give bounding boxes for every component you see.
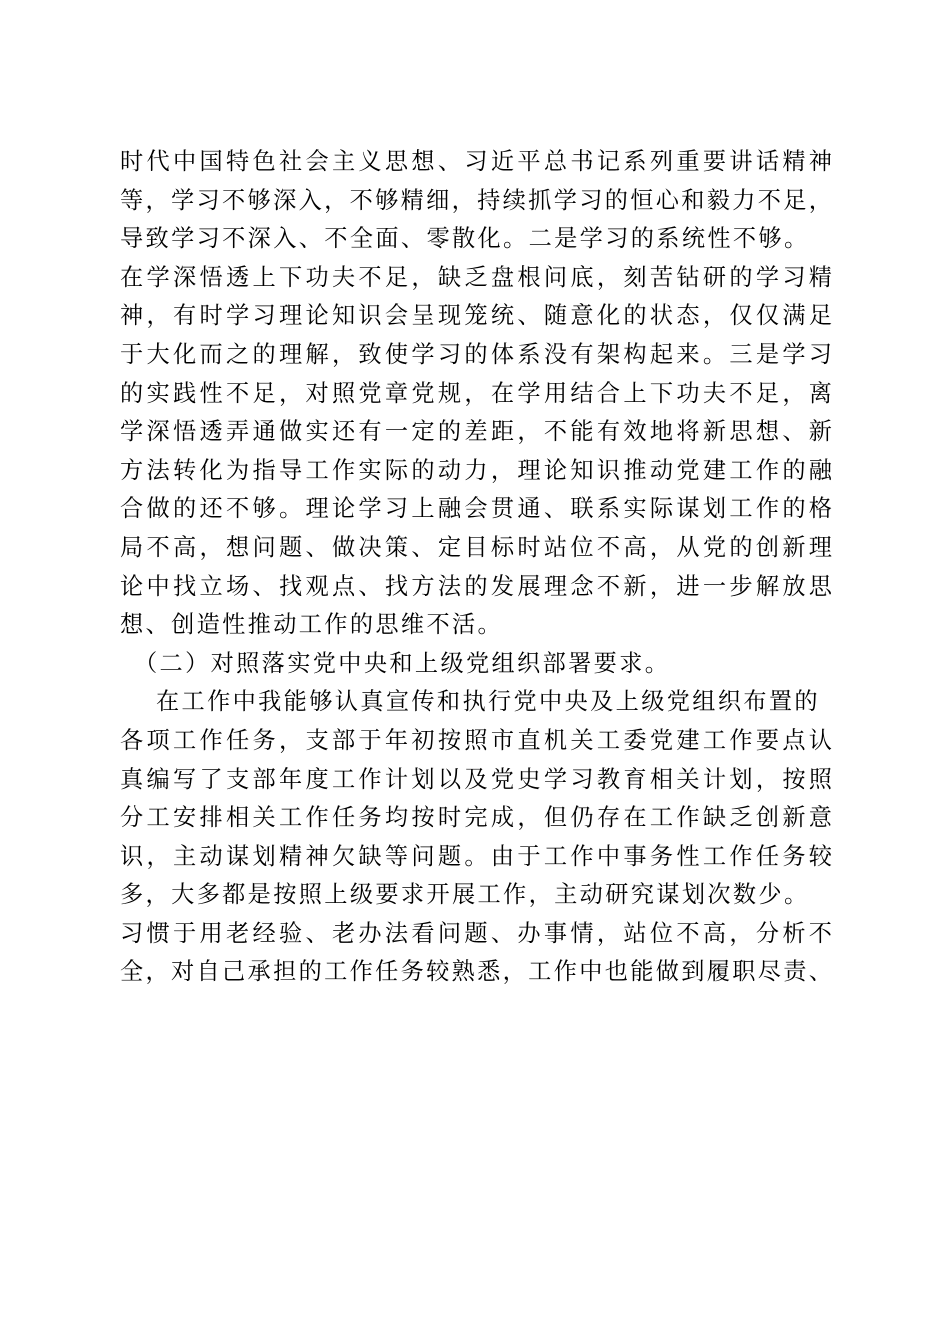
document-page: 时代中国特色社会主义思想、习近平总书记系列重要讲话精神 等，学习不够深入，不够精… bbox=[0, 0, 950, 1344]
text-line: 时代中国特色社会主义思想、习近平总书记系列重要讲话精神 bbox=[120, 143, 832, 182]
text-line: 等，学习不够深入，不够精细，持续抓学习的恒心和毅力不足， bbox=[120, 182, 832, 221]
text-line: 习惯于用老经验、老办法看问题、办事情，站位不高，分析不 bbox=[120, 915, 832, 954]
text-line: 分工安排相关工作任务均按时完成，但仍存在工作缺乏创新意 bbox=[120, 799, 832, 838]
text-line: 局不高，想问题、做决策、定目标时站位不高，从党的创新理 bbox=[120, 529, 832, 568]
text-line: 全，对自己承担的工作任务较熟悉，工作中也能做到履职尽责、 bbox=[120, 953, 832, 992]
text-line: 在学深悟透上下功夫不足，缺乏盘根问底，刻苦钻研的学习精 bbox=[120, 259, 832, 298]
text-line: 方法转化为指导工作实际的动力，理论知识推动党建工作的融 bbox=[120, 452, 832, 491]
text-line: 各项工作任务，支部于年初按照市直机关工委党建工作要点认 bbox=[120, 722, 832, 761]
text-line: 想、创造性推动工作的思维不活。 bbox=[120, 606, 840, 645]
text-line: 学深悟透弄通做实还有一定的差距，不能有效地将新思想、新 bbox=[120, 413, 832, 452]
text-line: 导致学习不深入、不全面、零散化。二是学习的系统性不够。 bbox=[120, 220, 840, 259]
text-line: 神，有时学习理论知识会呈现笼统、随意化的状态，仅仅满足 bbox=[120, 297, 832, 336]
text-line: 的实践性不足，对照党章党规，在学用结合上下功夫不足，离 bbox=[120, 375, 832, 414]
text-line: 多，大多都是按照上级要求开展工作，主动研究谋划次数少。 bbox=[120, 876, 840, 915]
text-line: 合做的还不够。理论学习上融会贯通、联系实际谋划工作的格 bbox=[120, 490, 832, 529]
document-body: 时代中国特色社会主义思想、习近平总书记系列重要讲话精神 等，学习不够深入，不够精… bbox=[120, 143, 840, 992]
text-line: 论中找立场、找观点、找方法的发展理念不新，进一步解放思 bbox=[120, 568, 832, 607]
paragraph-first-line: 在工作中我能够认真宣传和执行党中央及上级党组织布置的 bbox=[120, 683, 840, 722]
text-line: 识，主动谋划精神欠缺等问题。由于工作中事务性工作任务较 bbox=[120, 838, 832, 877]
text-line: 真编写了支部年度工作计划以及党史学习教育相关计划，按照 bbox=[120, 761, 832, 800]
text-line: 于大化而之的理解，致使学习的体系没有架构起来。三是学习 bbox=[120, 336, 832, 375]
section-heading: （二）对照落实党中央和上级党组织部署要求。 bbox=[120, 645, 840, 684]
